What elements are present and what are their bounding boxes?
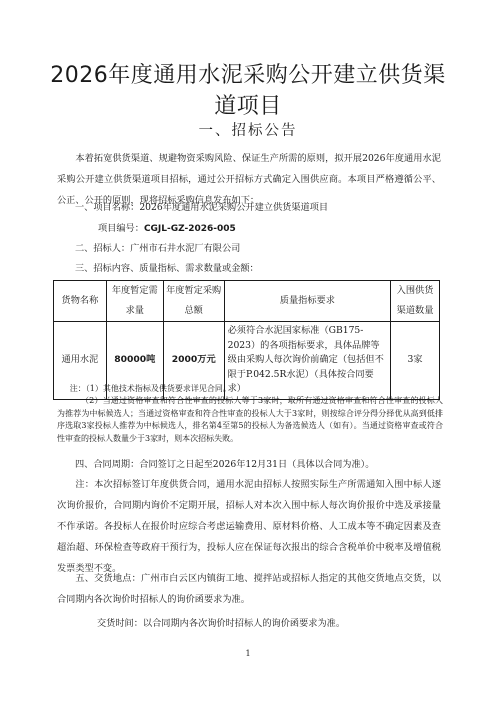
item-label: 项目编号： — [98, 223, 144, 234]
header-cell: 质量指标要求 — [224, 281, 391, 322]
document-title: 2026年度通用水泥采购公开建立供货渠 道项目 — [20, 60, 476, 122]
tender-table: 货物名称 年度暂定需求量 年度暂定采购总额 质量指标要求 入围供货渠道数量 通用… — [53, 280, 440, 400]
page-number: 1 — [0, 649, 496, 658]
item-content-heading: 三、招标内容、质量指标、需求数量或金额： — [75, 262, 259, 276]
item-label: 二、招标人： — [75, 243, 130, 254]
header-cell: 入围供货渠道数量 — [391, 281, 440, 322]
table-header-row: 货物名称 年度暂定需求量 年度暂定采购总额 质量指标要求 入围供货渠道数量 — [54, 281, 440, 322]
delivery-time: 交货时间：以合同期内各次询价时招标人的询价函要求为准。 — [97, 617, 345, 631]
title-line-1: 2026年度通用水泥采购公开建立供货渠 — [20, 60, 476, 91]
item-project-number: 项目编号：CGJL-GZ-2026-005 — [98, 222, 236, 236]
item-contract-period: 四、合同周期：合同签订之日起至2026年12月31日（具体以合同为准）。 — [75, 458, 374, 472]
header-cell: 货物名称 — [54, 281, 107, 322]
item-tenderer: 二、招标人：广州市石井水泥厂有限公司 — [75, 242, 240, 256]
item-label: 一、项目名称： — [75, 202, 139, 213]
item-project-name: 一、项目名称：2026年度通用水泥采购公开建立供货渠道项目 — [75, 201, 328, 215]
note-3: 注：本次招标签订年度供货合同，通用水泥由招标人按照实际生产所需通知入围中标人逐次… — [57, 474, 441, 579]
note-2: （2）当通过资格审查和符合性审查的投标人等于3家时，取所有通过资格审查和符合性审… — [57, 395, 443, 445]
item-value: 2026年度通用水泥采购公开建立供货渠道项目 — [139, 202, 328, 213]
section-heading: 一、招标公告 — [0, 119, 496, 140]
note-1: 注：（1）其他技术指标及供货要求详见合同。 — [57, 383, 443, 396]
title-line-2: 道项目 — [20, 91, 476, 122]
header-cell: 年度暂定采购总额 — [163, 281, 224, 322]
project-number-value: CGJL-GZ-2026-005 — [144, 224, 236, 234]
header-cell: 年度暂定需求量 — [106, 281, 163, 322]
item-delivery-location: 五、交货地点：广州市白云区内镇街工地、搅拌站或招标人指定的其他交货地点交货，以合… — [57, 568, 441, 610]
item-value: 广州市石井水泥厂有限公司 — [130, 243, 240, 254]
